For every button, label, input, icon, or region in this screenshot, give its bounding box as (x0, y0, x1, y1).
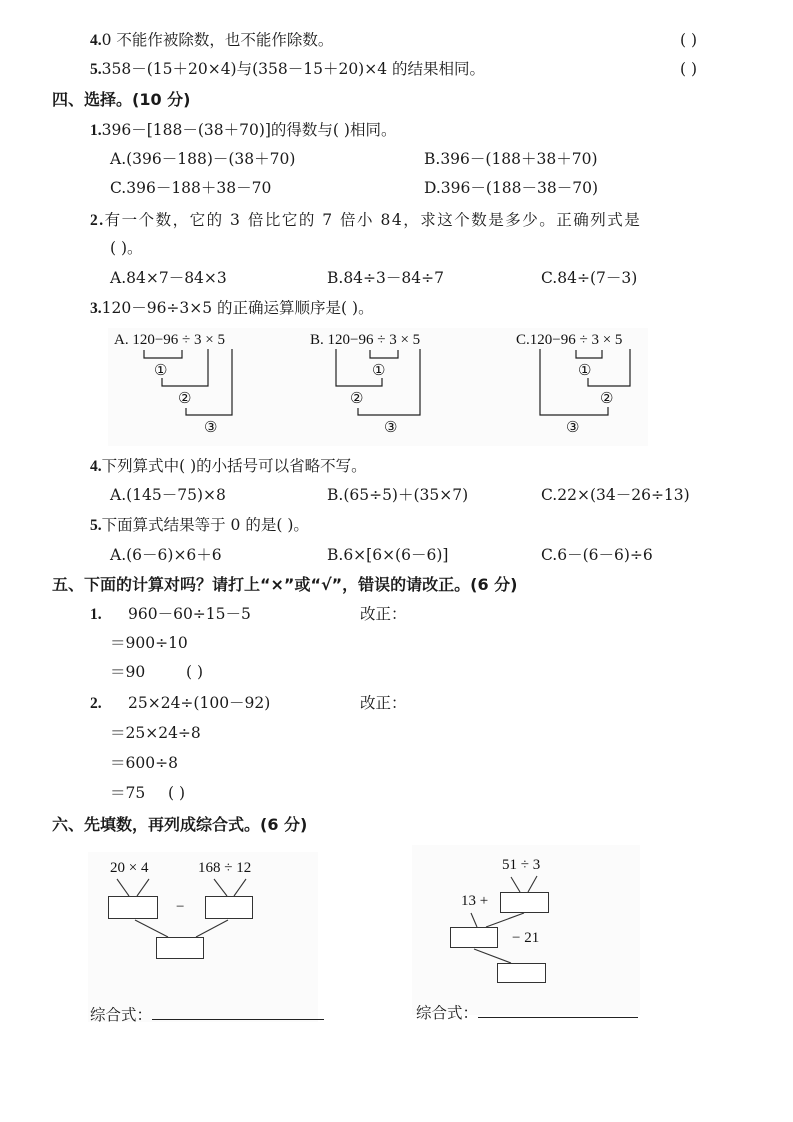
question-text: 下列算式中( )的小括号可以省略不写。 (102, 457, 367, 475)
problem-step: ＝25×24÷8 (110, 723, 201, 743)
option-c[interactable]: C.396－188＋38－70 (110, 178, 271, 198)
option-c[interactable]: C.84÷(7－3) (541, 268, 637, 288)
item-number: 4. (90, 32, 102, 49)
option-a[interactable]: A.(6－6)×6＋6 (110, 545, 222, 565)
step-3: ③ (384, 418, 397, 437)
step-3: ③ (204, 418, 217, 437)
judgement-item-4: 4.0 不能作被除数，也不能作除数。 (90, 30, 333, 51)
correction-label: 改正： (360, 693, 407, 713)
question-text: 120－96÷3×5 的正确运算顺序是( )。 (102, 299, 374, 317)
item-number: 5. (90, 61, 102, 78)
diagram-option-a[interactable]: A. 120−96 ÷ 3 × 5 ① ② ③ (112, 330, 272, 445)
answer-blank[interactable]: ( ) (186, 662, 203, 682)
option-a[interactable]: A.(396－188)－(38＋70) (110, 149, 295, 169)
formula-line-1: 综合式： (90, 1005, 324, 1025)
question-text: 下面算式结果等于 0 的是( )。 (102, 516, 309, 534)
fill-box-middle[interactable] (450, 927, 498, 948)
question-number: 3. (90, 300, 102, 317)
problem-step: ＝90 (110, 662, 145, 682)
question-number: 1. (90, 122, 102, 139)
option-b[interactable]: B.(65÷5)＋(35×7) (327, 485, 468, 505)
question-2-blank[interactable]: ( )。 (110, 238, 143, 258)
formula-label: 综合式： (416, 1004, 478, 1022)
fill-box-left[interactable] (108, 896, 158, 919)
problem-step: ＝600÷8 (110, 753, 178, 773)
question-text: 有一个数，它的 3 倍比它的 7 倍小 84，求这个数是多少。正确列式是 (105, 211, 642, 229)
question-5: 5.下面算式结果等于 0 的是( )。 (90, 515, 309, 536)
fill-box-result[interactable] (497, 963, 546, 983)
problem-number: 1. (90, 606, 102, 623)
item-text: 358－(15＋20×4)与(358－15＋20)×4 的结果相同。 (102, 60, 485, 78)
bracket-lines (112, 330, 272, 445)
bracket-lines (514, 330, 654, 445)
diagram-option-b[interactable]: B. 120−96 ÷ 3 × 5 ① ② ③ (308, 330, 468, 445)
answer-blank[interactable]: ( ) (680, 30, 697, 50)
question-1: 1.396－[188－(38＋70)]的得数与( )相同。 (90, 120, 396, 141)
check-problem-1: 1. (90, 604, 102, 625)
problem-step: ＝75 (110, 783, 145, 803)
step-1: ① (578, 361, 591, 380)
calc-tree-1: 20 × 4 168 ÷ 12 − (88, 852, 318, 1022)
problem-step: ＝900÷10 (110, 633, 188, 653)
option-b[interactable]: B.84÷3－84÷7 (327, 268, 444, 288)
question-number: 5. (90, 517, 102, 534)
operator: − (176, 899, 184, 916)
formula-blank[interactable] (152, 1005, 324, 1020)
question-number: 4. (90, 458, 102, 475)
step-2: ② (600, 389, 613, 408)
formula-line-2: 综合式： (416, 1003, 638, 1023)
question-4: 4.下列算式中( )的小括号可以省略不写。 (90, 456, 367, 477)
section-title: 六、先填数，再列成综合式。(6 分) (52, 815, 307, 835)
question-text: 396－[188－(38＋70)]的得数与( )相同。 (102, 121, 397, 139)
option-d[interactable]: D.396－(188－38－70) (424, 178, 598, 198)
fill-box-top[interactable] (500, 892, 549, 913)
fill-box-right[interactable] (205, 896, 253, 919)
question-3: 3.120－96÷3×5 的正确运算顺序是( )。 (90, 298, 374, 319)
answer-blank[interactable]: ( ) (168, 783, 185, 803)
option-a[interactable]: A.(145－75)×8 (110, 485, 226, 505)
section-title: 四、选择。(10 分) (52, 90, 190, 110)
step-2: ② (350, 389, 363, 408)
option-a[interactable]: A.84×7－84×3 (110, 268, 227, 288)
formula-label: 综合式： (90, 1006, 152, 1024)
option-b[interactable]: B.396－(188＋38＋70) (424, 149, 598, 169)
operator: − 21 (512, 930, 539, 947)
fill-box-result[interactable] (156, 937, 204, 959)
judgement-item-5: 5.358－(15＋20×4)与(358－15＋20)×4 的结果相同。 (90, 59, 485, 80)
step-1: ① (154, 361, 167, 380)
option-c[interactable]: C.6－(6－6)÷6 (541, 545, 653, 565)
diagram-option-c[interactable]: C.120−96 ÷ 3 × 5 ① ② ③ (514, 330, 654, 445)
option-c[interactable]: C.22×(34－26÷13) (541, 485, 690, 505)
item-text: 0 不能作被除数，也不能作除数。 (102, 31, 334, 49)
step-2: ② (178, 389, 191, 408)
problem-number: 2. (90, 695, 102, 712)
question-2: 2.有一个数，它的 3 倍比它的 7 倍小 84，求这个数是多少。正确列式是 (90, 210, 641, 231)
option-b[interactable]: B.6×[6×(6－6)] (327, 545, 448, 565)
step-3: ③ (566, 418, 579, 437)
calc-tree-2: 51 ÷ 3 13 + − 21 (412, 845, 640, 1015)
problem-expression: 960－60÷15－5 (128, 604, 251, 624)
correction-label: 改正： (360, 604, 407, 624)
section-title: 五、下面的计算对吗？请打上“×”或“√”，错误的请改正。(6 分) (52, 575, 517, 595)
formula-blank[interactable] (478, 1003, 638, 1018)
question-number: 2. (90, 212, 105, 229)
answer-blank[interactable]: ( ) (680, 59, 697, 79)
step-1: ① (372, 361, 385, 380)
problem-expression: 25×24÷(100－92) (128, 693, 270, 713)
check-problem-2: 2. (90, 693, 102, 714)
